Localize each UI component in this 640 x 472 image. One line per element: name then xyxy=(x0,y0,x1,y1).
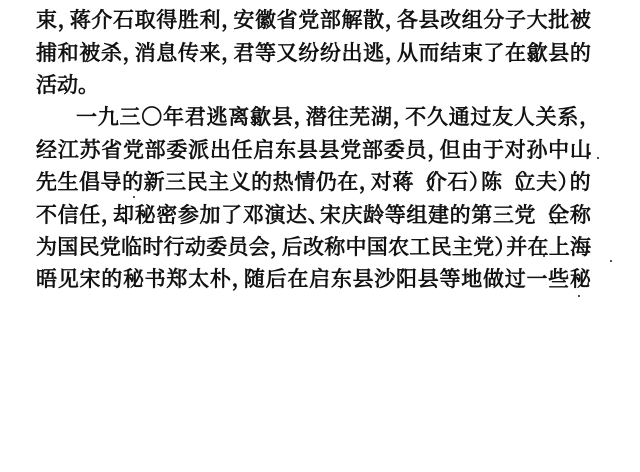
scan-speck xyxy=(610,260,612,262)
scan-speck xyxy=(133,196,135,198)
text-line: 经江苏省党部委派出任启东县县党部委员，但由于对孙中山 xyxy=(36,133,591,165)
text-line: 不信任，却秘密参加了邓演达、宋庆龄等组建的第三党（全称 xyxy=(36,197,591,229)
scan-speck xyxy=(543,255,545,257)
text-line: 捕和被杀，消息传来，君等又纷纷出逃，从而结束了在歙县的 xyxy=(36,35,591,67)
text-line: 晤见宋的秘书郑太朴，随后在启东县沙阳县等地做过一些秘 xyxy=(36,262,591,294)
scan-speck xyxy=(597,157,599,159)
text-line: 为国民党临时行动委员会，后改称中国农工民主党）并在上海 xyxy=(36,230,591,262)
text-line: 束，蒋介石取得胜利，安徽省党部解散，各县改组分子大批被 xyxy=(36,3,591,35)
text-block: 束，蒋介石取得胜利，安徽省党部解散，各县改组分子大批被捕和被杀，消息传来，君等又… xyxy=(36,3,591,295)
scan-speck xyxy=(588,152,591,155)
scanned-book-page: 束，蒋介石取得胜利，安徽省党部解散，各县改组分子大批被捕和被杀，消息传来，君等又… xyxy=(0,0,640,472)
text-line: 活动。 xyxy=(36,68,591,100)
text-line: 一九三〇年君逃离歙县，潜往芜湖，不久通过友人关系， xyxy=(36,100,591,132)
scan-speck xyxy=(578,295,580,297)
text-line: 先生倡导的新三民主义的热情仍在，对蒋（介石）陈（立夫）的 xyxy=(36,165,591,197)
